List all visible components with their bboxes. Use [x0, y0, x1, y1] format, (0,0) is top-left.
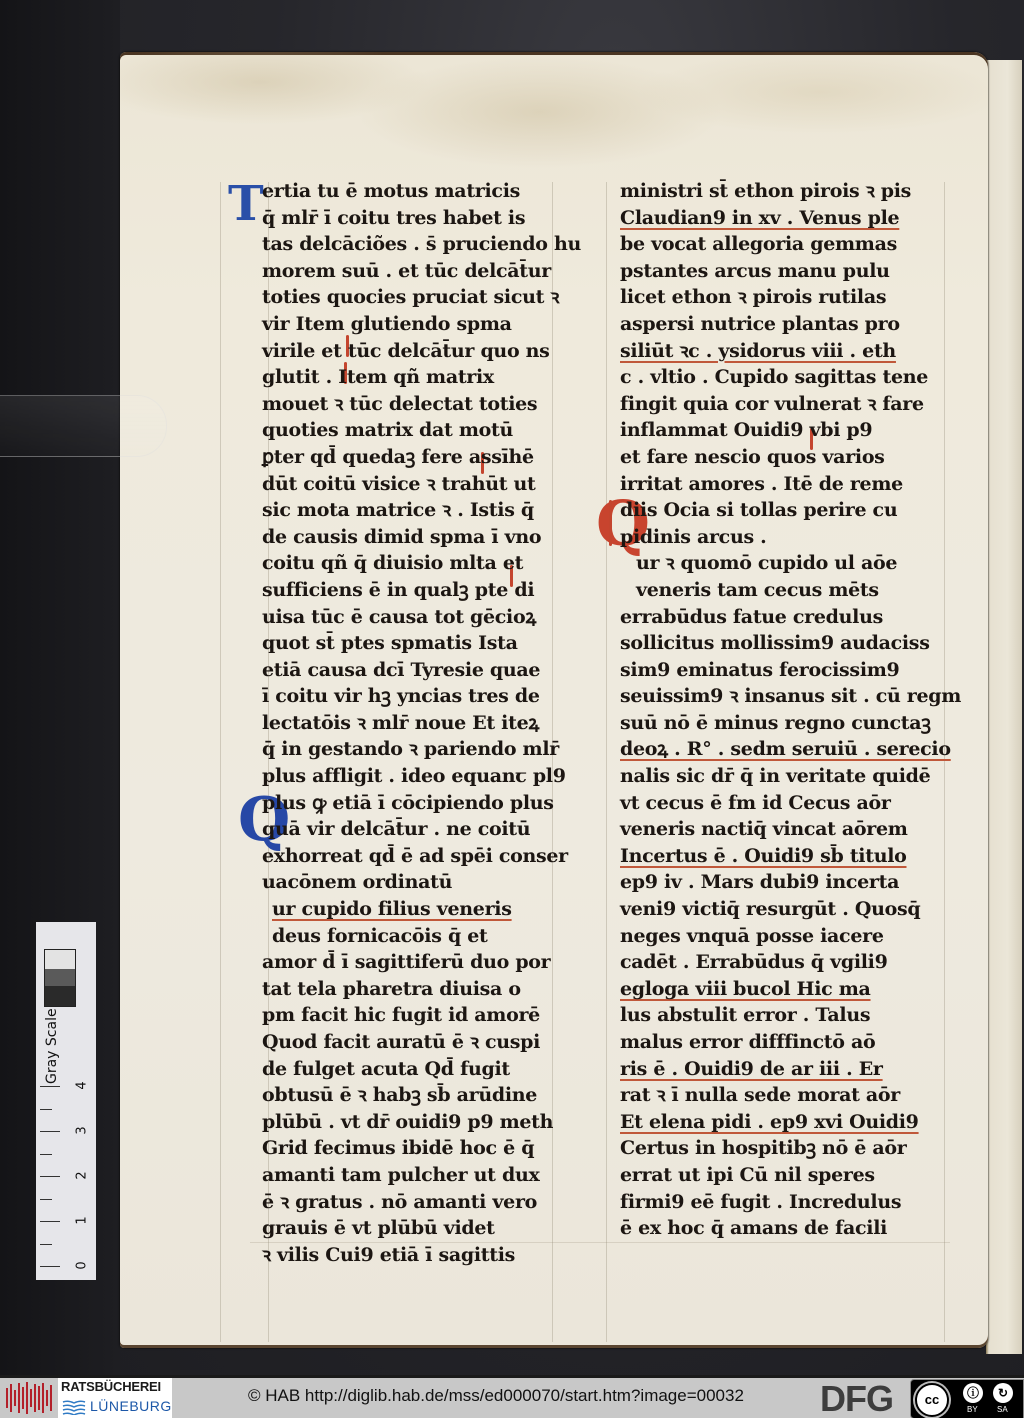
text-line: licet ethon ꝛ pirois rutilas: [620, 284, 950, 311]
cc-icon: cc: [915, 1383, 949, 1417]
text-line: firmi9 eē fugit . Incredulus: [620, 1189, 950, 1216]
text-line: ꝑter qd̄ quedaꝫ fere assīhē: [262, 444, 582, 471]
text-line: ris ē . Ouidi9 de ar iii . Er: [620, 1056, 950, 1083]
copyright-link[interactable]: © HAB http://diglib.hab.de/mss/ed000070/…: [248, 1386, 744, 1406]
text-line: obtusū ē ꝛ habꝫ sb̄ arūdine: [262, 1082, 582, 1109]
rubric-stroke: [609, 500, 612, 546]
text-line: ur cupido filius veneris: [262, 896, 582, 923]
text-line: veneris nactiq̄ vincat aōrem: [620, 816, 950, 843]
text-line: deus fornicacōis q̄ et: [262, 923, 582, 950]
attribution-icon: ⓘ: [963, 1383, 983, 1403]
text-line: q̄ mlr̄ ī coitu tres habet is: [262, 205, 582, 232]
text-line: amanti tam pulcher ut dux: [262, 1162, 582, 1189]
text-line: siliūt ꝛc . ysidorus viii . eth: [620, 338, 950, 365]
text-line: Grid fecimus ibidē hoc ē q̄: [262, 1135, 582, 1162]
text-line: et fare nescio quos varios: [620, 444, 950, 471]
ruler-tick: [40, 1109, 52, 1110]
text-line: malus error difffinctō aō: [620, 1029, 950, 1056]
ruling-line: [606, 182, 607, 1342]
text-line: ur ꝛ quomō cupido ul aōe: [620, 550, 950, 577]
text-line: errat ut ipi Cū nil speres: [620, 1162, 950, 1189]
text-line: deoꝝ . R° . sedm seruiū . serecio: [620, 736, 950, 763]
ratsbuecherei-logo: RATSBÜCHEREI LÜNEBURG: [58, 1378, 172, 1418]
text-line: ministri st̄ ethon pirois ꝛ pis: [620, 178, 950, 205]
text-line: toties quocies pruciat sicut ꝛ: [262, 284, 582, 311]
text-line: pstantes arcus manu pulu: [620, 258, 950, 285]
text-line: diis Ocia si tollas perire cu: [620, 497, 950, 524]
text-column-right: ministri st̄ ethon pirois ꝛ pis Claudian…: [620, 178, 950, 1242]
text-line: plus affligit . ideo equanꞇ pl9: [262, 763, 582, 790]
text-line: irritat amores . Itē de reme: [620, 471, 950, 498]
ruler-number: 3: [75, 1126, 90, 1134]
gray-scale-label: Gray Scale: [44, 1008, 60, 1084]
text-line: errabūdus fatue credulus: [620, 604, 950, 631]
text-line: vir Item glutiendo spma: [262, 311, 582, 338]
ruler-tick: [40, 1131, 60, 1132]
text-line: plūbū . vt dr̄ ouidi9 p9 meth: [262, 1109, 582, 1136]
text-line: veneris tam cecus mēts: [620, 577, 950, 604]
text-line: pm facit hic fugit id amorē: [262, 1002, 582, 1029]
text-line: pidinis arcus .: [620, 524, 950, 551]
text-line: lus abstulit error . Talus: [620, 1002, 950, 1029]
library-barcode-logo-icon: [4, 1380, 54, 1416]
ruling-line: [220, 182, 221, 1342]
ruler-tick: [40, 1086, 60, 1087]
text-line: cadēt . Errabūdus q̄ vgili9: [620, 949, 950, 976]
text-line: de fulget acuta Qd̄ fugit: [262, 1056, 582, 1083]
gray-patch-light: [44, 949, 76, 969]
text-line: ertia tu ē motus matricis: [262, 178, 582, 205]
text-line: morem suū . et tūc delcāt̄ur: [262, 258, 582, 285]
text-line: Quod facit auratū ē ꝛ cuspi: [262, 1029, 582, 1056]
by-label: BY: [967, 1405, 978, 1414]
ruler-tick: [40, 1154, 52, 1155]
text-line: quot st̄ ptes spmatis Ista: [262, 630, 582, 657]
text-line: tat tela pharetra diuisa o: [262, 976, 582, 1003]
text-line: vt cecus ē fm id Cecus aōr: [620, 790, 950, 817]
ruler-number: 0: [75, 1261, 90, 1269]
text-line: virile et tūc delcāt̄ur quo ns: [262, 338, 582, 365]
ruler-tick: [40, 1221, 60, 1222]
text-line: grauis ē vt plūbū videt: [262, 1215, 582, 1242]
library-name-top: RATSBÜCHEREI: [61, 1379, 161, 1394]
text-line: sufficiens ē in qualꝫ pte di: [262, 577, 582, 604]
text-line: glutit . Item qñ matrix: [262, 364, 582, 391]
text-line: etiā causa dcī Tyresie quae: [262, 657, 582, 684]
text-column-left: ertia tu ē motus matricis q̄ mlr̄ ī coit…: [262, 178, 582, 1268]
text-line: rat ꝛ ī nulla sede morat aōr: [620, 1082, 950, 1109]
ruler-number: 2: [75, 1171, 90, 1179]
text-line: nalis sic dr̄ q̄ in veritate quidē: [620, 763, 950, 790]
text-line: aspersi nutrice plantas pro: [620, 311, 950, 338]
text-line: ep9 iv . Mars dubi9 incerta: [620, 869, 950, 896]
ruler-tick: [40, 1244, 52, 1245]
text-line: be vocat allegoria gemmas: [620, 231, 950, 258]
text-line: ꝛ vilis Cui9 etiā ī sagittis: [262, 1242, 582, 1269]
text-line: ē ex hoc q̄ amans de facili: [620, 1215, 950, 1242]
text-line: suū nō ē minus regno cunctaꝫ: [620, 710, 950, 737]
share-alike-icon: ↻: [993, 1383, 1013, 1403]
page-weight-clip: [0, 395, 167, 457]
library-name-bottom: LÜNEBURG: [90, 1398, 172, 1414]
text-line: Incertus ē . Ouidi9 sb̄ titulo: [620, 843, 950, 870]
text-line: fingit quia cor vulnerat ꝛ fare: [620, 391, 950, 418]
ruler-number: 4: [75, 1081, 90, 1089]
text-line: mouet ꝛ tūc delectat toties: [262, 391, 582, 418]
text-line: de causis dimid spma ī vno: [262, 524, 582, 551]
text-line: amor d̄ ī sagittiferū duo por: [262, 949, 582, 976]
text-line: lectatōis ꝛ mlr̄ noue Et iteꝝ: [262, 710, 582, 737]
text-line: c . vltio . Cupido sagittas tene: [620, 364, 950, 391]
cc-license-badge[interactable]: cc ⓘ ↻ BY SA: [910, 1379, 1024, 1418]
text-line: uisa tūc ē causa tot gēcioꝝ: [262, 604, 582, 631]
text-line: tas delcāciões . s̄ pruciendo hu: [262, 231, 582, 258]
water-stain: [120, 52, 988, 172]
text-line: uacōnem ordinatū: [262, 869, 582, 896]
text-line: seuissim9 ꝛ insanus sit . cū regm: [620, 683, 950, 710]
text-line: quā vir delcāt̄ur . ne coitū: [262, 816, 582, 843]
gray-patch-mid: [44, 969, 76, 986]
dfg-logo: DFG: [820, 1381, 893, 1417]
text-line: quoties matrix dat motū: [262, 417, 582, 444]
text-line: ē ꝛ gratus . nō amanti vero: [262, 1189, 582, 1216]
ruler-tick: [40, 1199, 52, 1200]
ruler-number: 1: [75, 1216, 90, 1224]
text-line: exhorreat qd̄ ē ad spēi conser: [262, 843, 582, 870]
text-line: Certus in hospitibꝫ nō ē aōr: [620, 1135, 950, 1162]
ruler-tick: [40, 1176, 60, 1177]
text-line: sic mota matrice ꝛ . Istis q̄: [262, 497, 582, 524]
text-line: coitu qñ q̄ diuisio mlta et: [262, 550, 582, 577]
text-line: dūt coitū visice ꝛ trahūt ut: [262, 471, 582, 498]
text-line: ī coitu vir hꝫ yncias tres de: [262, 683, 582, 710]
text-line: sollicitus mollissim9 audaciss: [620, 630, 950, 657]
text-line: Et elena pidi . ep9 xvi Ouidi9: [620, 1109, 950, 1136]
text-line: Claudian9 in xv . Venus ple: [620, 205, 950, 232]
text-line: sim9 eminatus ferocissim9: [620, 657, 950, 684]
gray-patch-dark: [44, 986, 76, 1007]
text-line: veni9 victiq̄ resurgūt . Quosq̄: [620, 896, 950, 923]
text-line: neges vnquā posse iacere: [620, 923, 950, 950]
open-book-icon: [62, 1399, 86, 1415]
gray-scale-ruler: 0 1 2 3 4: [36, 922, 96, 1280]
sa-label: SA: [997, 1405, 1008, 1414]
ruler-tick: [40, 1266, 60, 1267]
text-line: egloga viii bucol Hic ma: [620, 976, 950, 1003]
text-line: inflammat Ouidi9 vbi p9: [620, 417, 950, 444]
blue-initial-t: T: [228, 180, 264, 228]
text-line: q̄ in gestando ꝛ pariendo mlr̄: [262, 736, 582, 763]
adjacent-leaf-edge: [986, 60, 1022, 1354]
text-line: plus ꝙ etiā ī cōcipiendo plus: [262, 790, 582, 817]
